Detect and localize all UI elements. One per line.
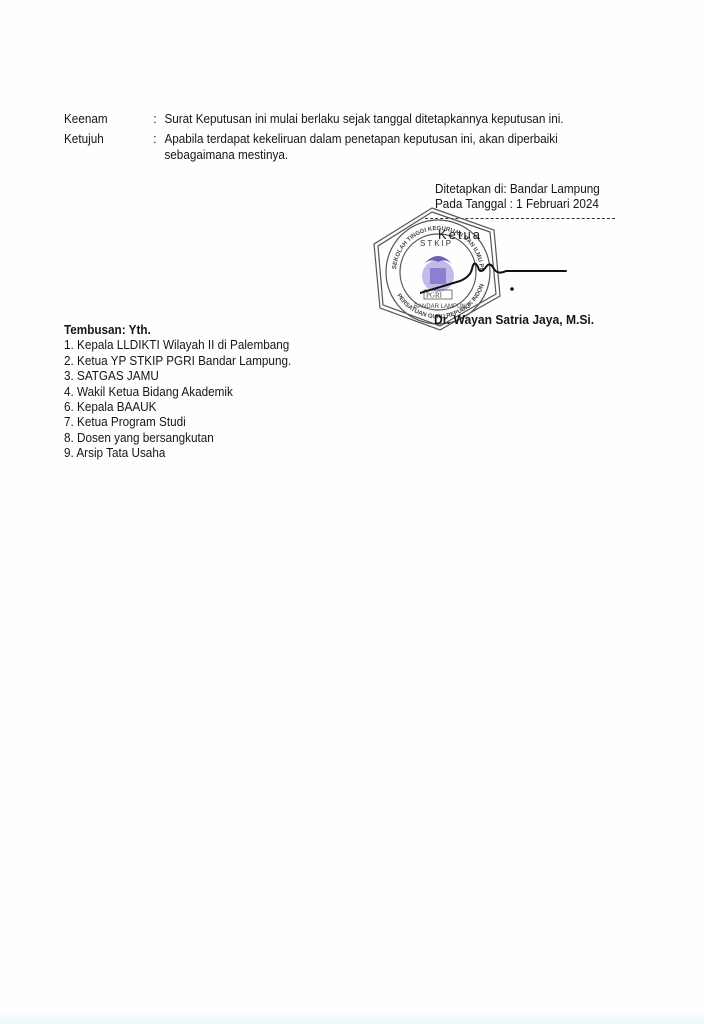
clause-label: Ketujuh <box>64 131 148 147</box>
list-item: 9. Arsip Tata Usaha <box>64 446 291 461</box>
clause-label: Keenam <box>64 111 148 127</box>
signer-position: Ketua <box>438 227 482 242</box>
signature-place: Ditetapkan di: Bandar Lampung <box>435 182 600 197</box>
carbon-copy-title: Tembusan: Yth. <box>64 323 291 338</box>
clause-separator: : <box>153 131 156 147</box>
document-page: Keenam : Surat Keputusan ini mulai berla… <box>0 0 704 1024</box>
scan-edge <box>0 1010 704 1024</box>
signer-name: Dr. Wayan Satria Jaya, M.Si. <box>434 312 594 327</box>
carbon-copy-list: Tembusan: Yth. 1. Kepala LLDIKTI Wilayah… <box>64 323 291 462</box>
list-item: 8. Dosen yang bersangkutan <box>64 431 291 446</box>
list-item: 3. SATGAS JAMU <box>64 369 291 384</box>
clause-text: Surat Keputusan ini mulai berlaku sejak … <box>164 111 601 127</box>
clause-text: Apabila terdapat kekeliruan dalam peneta… <box>164 131 601 163</box>
list-item: 6. Kepala BAAUK <box>64 400 291 415</box>
list-item: 1. Kepala LLDIKTI Wilayah II di Palemban… <box>64 338 291 353</box>
list-item: 2. Ketua YP STKIP PGRI Bandar Lampung. <box>64 354 291 369</box>
list-item: 7. Ketua Program Studi <box>64 415 291 430</box>
handwritten-signature-icon <box>420 245 580 305</box>
clause-separator: : <box>153 111 156 127</box>
list-item: 4. Wakil Ketua Bidang Akademik <box>64 385 291 400</box>
